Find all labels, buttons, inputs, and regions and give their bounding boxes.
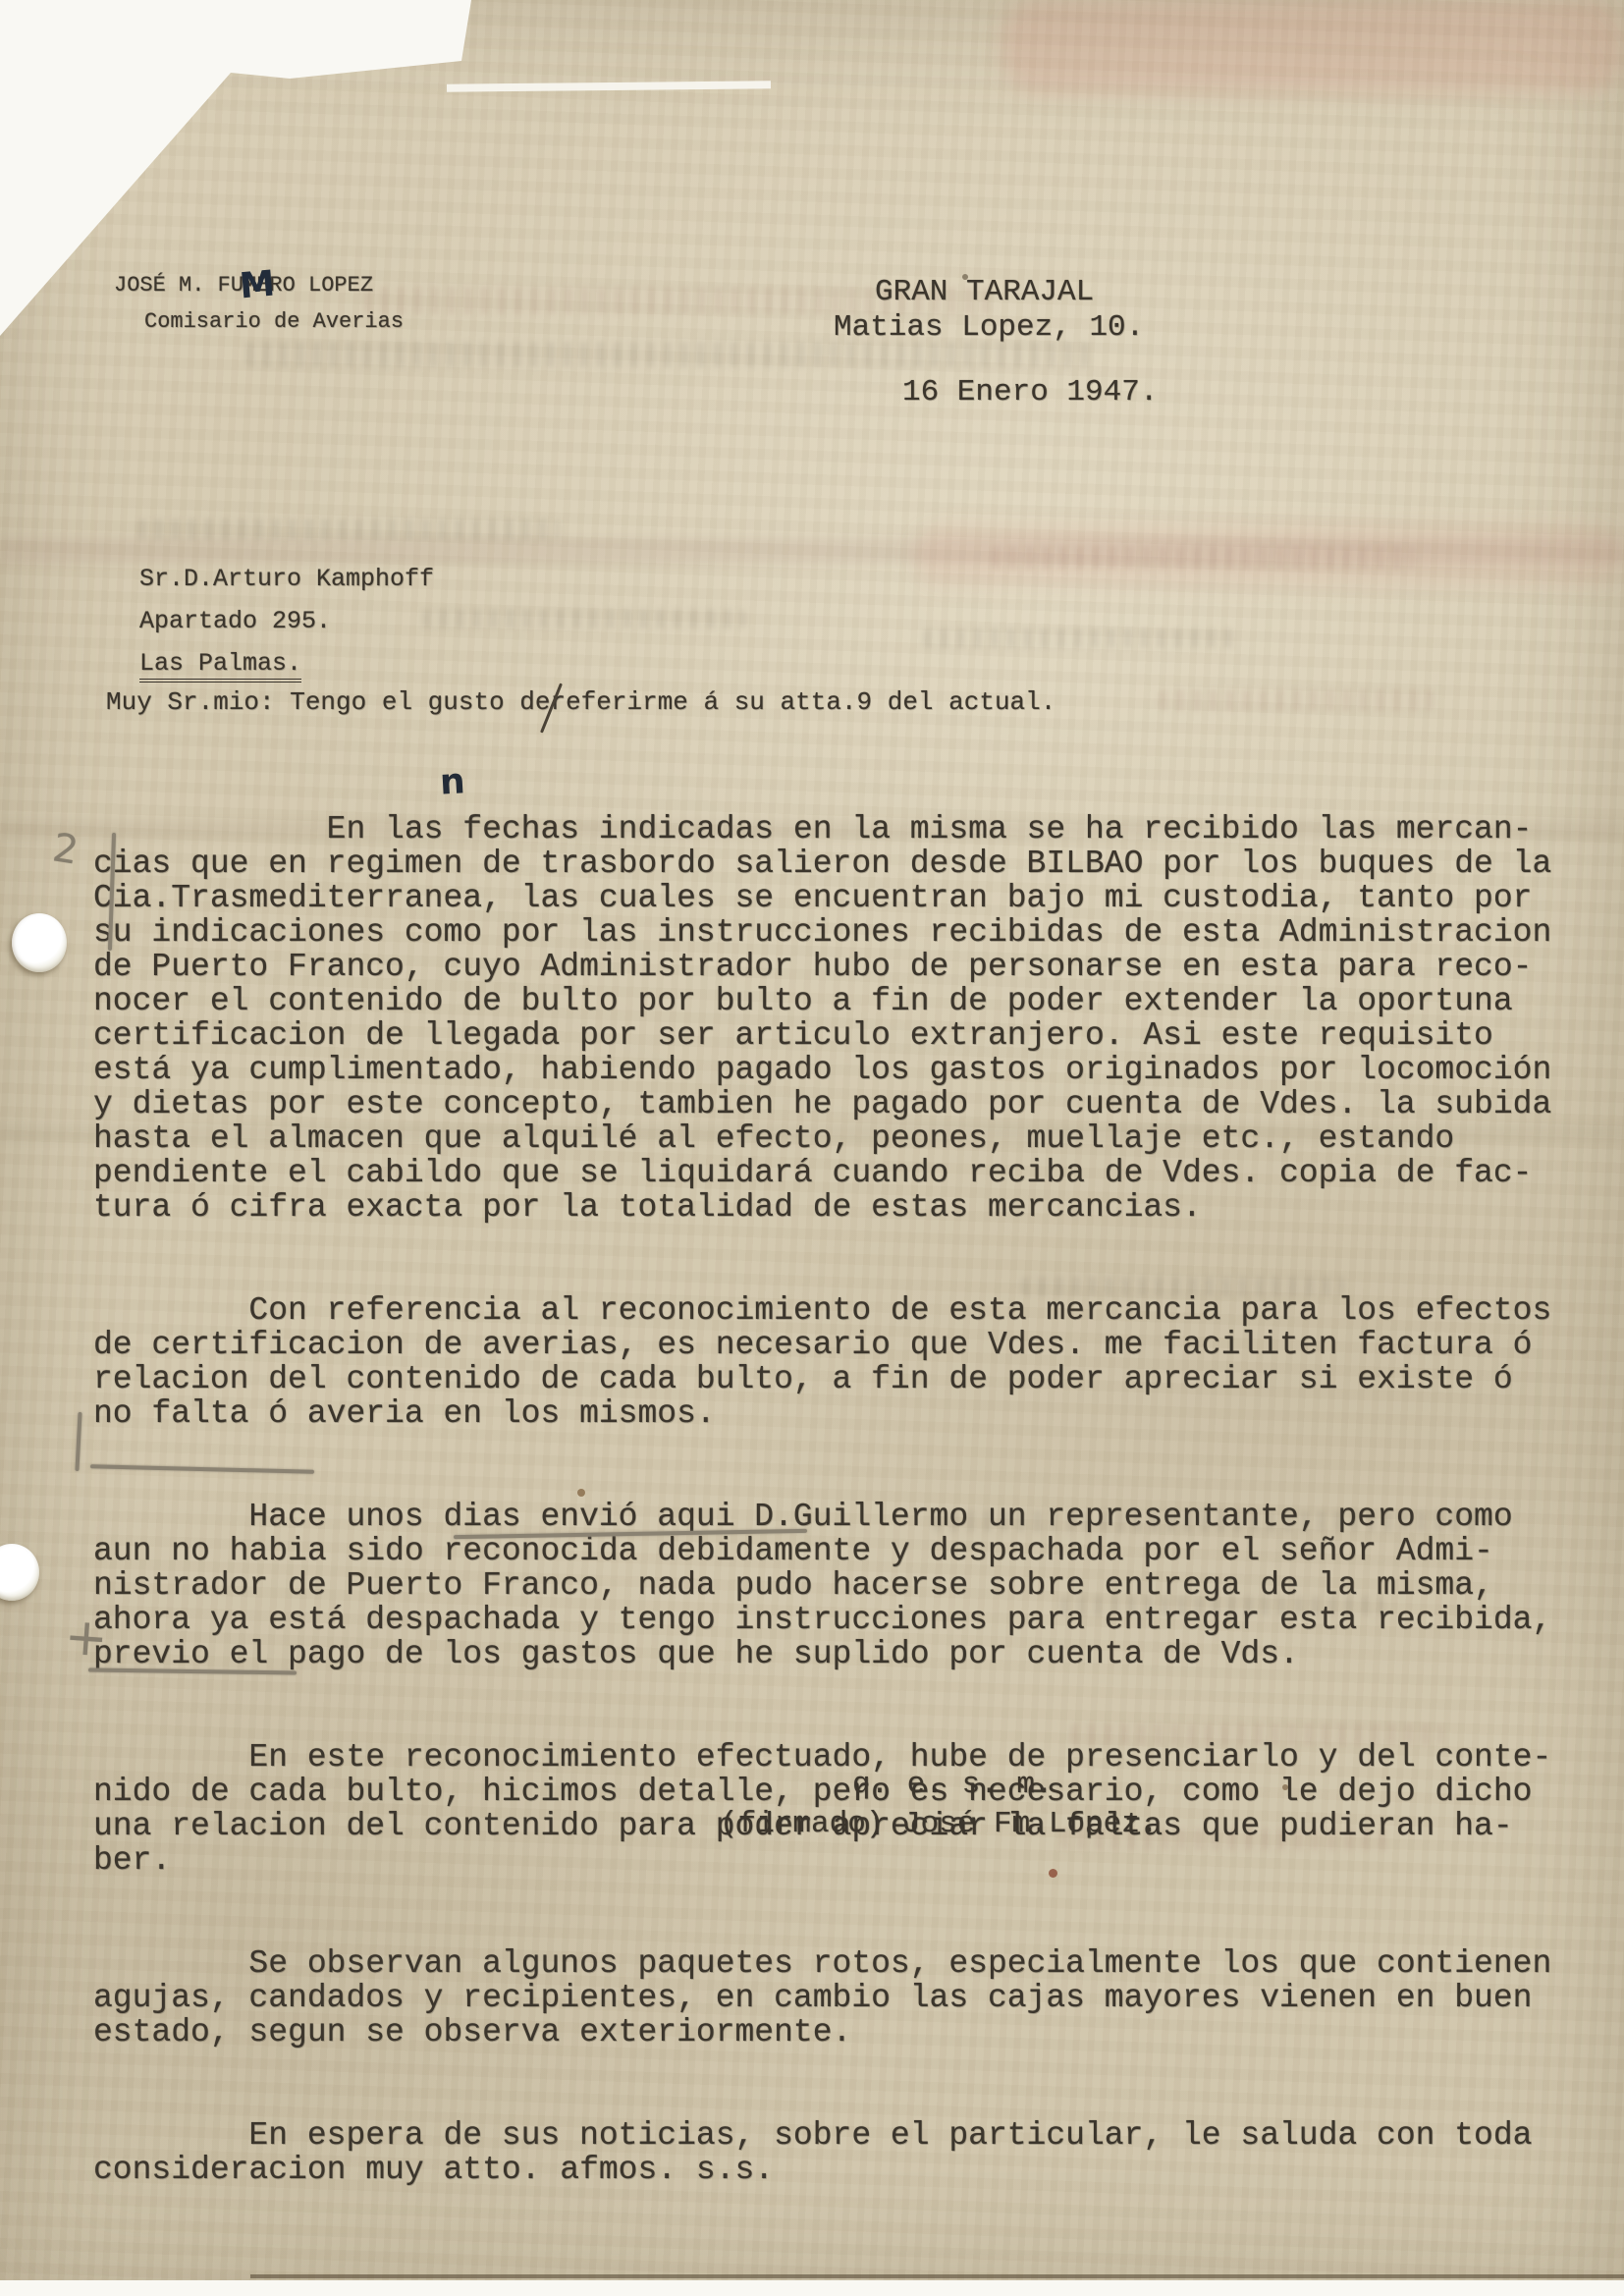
margin-cross-annotation: + xyxy=(63,1608,110,1669)
paper-crease xyxy=(0,538,1624,564)
ink-correction-regimen: n xyxy=(439,761,466,802)
closing-paragraph: En espera de sus noticias, sobre el part… xyxy=(93,2118,1551,2187)
paragraph-3: Hace unos dias envió aqui D.Guillermo un… xyxy=(93,1500,1551,1671)
recipient-address: Apartado 295. xyxy=(139,609,331,633)
bleed-through-wash xyxy=(913,525,1624,584)
bleed-through-wash xyxy=(1001,0,1624,93)
bleed-through-smudge xyxy=(923,629,1237,648)
signature-line: (firmado) José Fm.Lopez. xyxy=(720,1807,1158,1841)
place-name: GRAN TARAJAL xyxy=(875,275,1094,309)
recipient-city: Las Palmas. xyxy=(139,651,301,683)
punch-hole xyxy=(0,1544,39,1601)
page-bottom-strip xyxy=(0,2280,1624,2296)
bleed-through-smudge xyxy=(137,519,560,540)
letter-body: En las fechas indicadas en la misma se h… xyxy=(93,743,1551,2256)
page-bottom-edge-line xyxy=(250,2274,1624,2278)
paragraph-1: En las fechas indicadas en la misma se h… xyxy=(93,812,1551,1225)
recipient-name: Sr.D.Arturo Kamphoff xyxy=(139,567,434,591)
margin-number-annotation: 2 xyxy=(50,825,81,873)
bleed-through-smudge xyxy=(245,342,1090,367)
paragraph-2: Con referencia al reconocimiento de esta… xyxy=(93,1293,1551,1431)
salutation: Muy Sr.mio: Tengo el gusto dereferirme á… xyxy=(106,687,1056,717)
place-street: Matias Lopez, 10. xyxy=(834,310,1144,345)
punch-hole xyxy=(12,913,67,972)
letter-date: 16 Enero 1947. xyxy=(902,375,1158,410)
signoff-formula: q. e. s. m. xyxy=(852,1768,1054,1802)
sender-title: Comisario de Averias xyxy=(144,309,404,334)
bleed-through-smudge xyxy=(992,546,1414,570)
letter-scan: JOSÉ M. FUMERO LOPEZ Comisario de Averia… xyxy=(0,0,1624,2296)
bleed-through-smudge xyxy=(1159,689,1434,711)
page-edge-sliver xyxy=(447,81,771,91)
handwritten-m-correction: M xyxy=(238,264,276,307)
paragraph-5: Se observan algunos paquetes rotos, espe… xyxy=(93,1946,1551,2050)
margin-vertical-stroke xyxy=(75,1412,81,1471)
bleed-through-smudge xyxy=(422,609,746,629)
